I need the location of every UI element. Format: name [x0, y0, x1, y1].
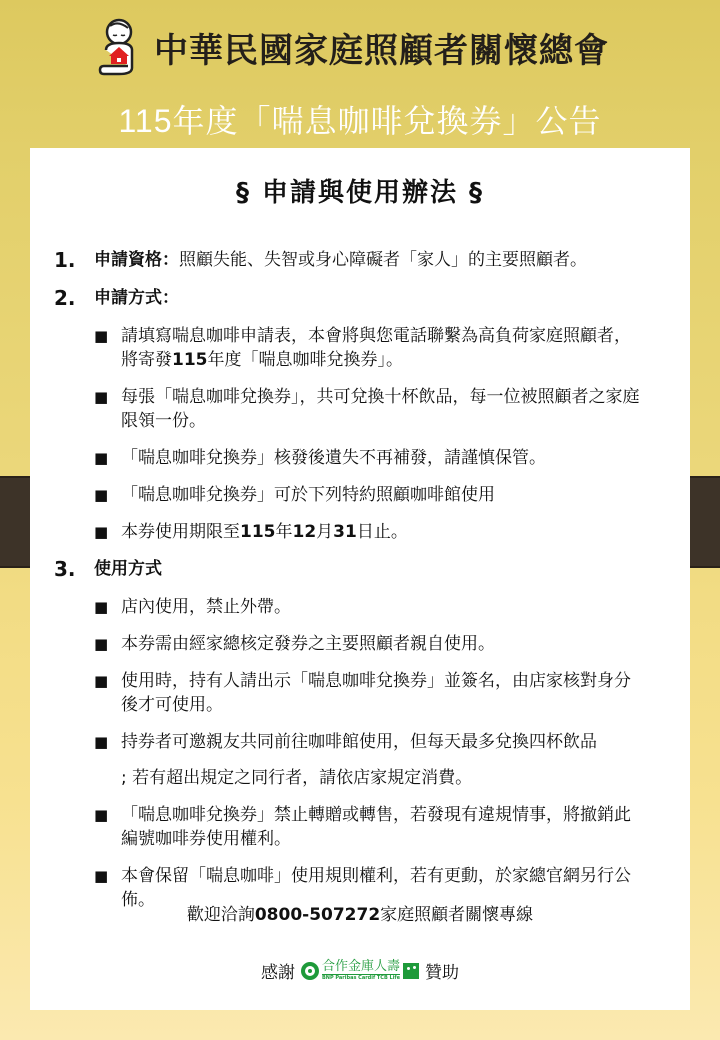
hotline-number: 0800-507272 [255, 905, 380, 925]
bullet-text: 「喘息咖啡兌換券」核發後遺失不再補發，請謹慎保管。 [121, 446, 643, 470]
section-title: § 申請與使用辦法 § [30, 172, 690, 209]
square-bullet-icon: ■ [94, 864, 121, 888]
square-bullet-icon: ■ [94, 669, 121, 693]
square-bullet-icon: ■ [94, 324, 121, 348]
sponsor-thanks: 感謝 合作金庫人壽 BNP Paribas Cardif TCB Life 贊助 [30, 958, 690, 983]
bullet-text: 使用時，持有人請出示「喘息咖啡兌換券」並簽名，由店家核對身分後才可使用。 [121, 669, 643, 717]
sponsor-logo: 合作金庫人壽 BNP Paribas Cardif TCB Life [301, 960, 419, 982]
item-label: 申請方式： [94, 286, 179, 310]
bullet-item: ■ 請填寫喘息咖啡申請表，本會將與您電話聯繫為高負荷家庭照顧者，將寄發115年度… [94, 324, 654, 372]
bullet-text: 每張「喘息咖啡兌換券」，共可兌換十杯飲品，每一位被照顧者之家庭限領一份。 [121, 385, 643, 433]
rules-list: 1. 申請資格：照顧失能、失智或身心障礙者「家人」的主要照顧者。 2. 申請方式… [54, 248, 654, 925]
caregiver-logo-icon [98, 16, 142, 78]
square-bullet-icon: ■ [94, 520, 121, 544]
square-bullet-icon: ■ [94, 385, 121, 409]
item-number: 3. [54, 557, 94, 581]
item-text: 照顧失能、失智或身心障礙者「家人」的主要照顧者。 [179, 250, 587, 270]
sponsor-english-name: BNP Paribas Cardif TCB Life [322, 975, 400, 982]
square-bullet-icon: ■ [94, 595, 121, 619]
bullet-item: ■ 店內使用，禁止外帶。 [94, 595, 654, 619]
bullet-item: ■ 「喘息咖啡兌換券」可於下列特約照顧咖啡館使用 [94, 483, 654, 507]
bullet-item: ■ 本券需由經家總核定發券之主要照顧者親自使用。 [94, 632, 654, 656]
announcement-title: 115年度「喘息咖啡兌換券」公告 [0, 96, 720, 142]
bullet-item: ■ 使用時，持有人請出示「喘息咖啡兌換券」並簽名，由店家核對身分後才可使用。 [94, 669, 654, 717]
bullet-text: 「喘息咖啡兌換券」禁止轉贈或轉售，若發現有違規情事，將撤銷此編號咖啡券使用權利。 [121, 803, 643, 851]
sponsor-name: 合作金庫人壽 [322, 960, 400, 975]
bullet-text: 持券者可邀親友共同前往咖啡館使用，但每天最多兌換四杯飲品; 若有超出規定之同行者… [121, 730, 643, 790]
header: 中華民國家庭照顧者關懷總會 115年度「喘息咖啡兌換券」公告 [0, 0, 720, 148]
item-number: 1. [54, 248, 94, 272]
list-item-usage-method: 3. 使用方式 [54, 557, 654, 581]
bullet-item: ■ 「喘息咖啡兌換券」核發後遺失不再補發，請謹慎保管。 [94, 446, 654, 470]
list-item-application-method: 2. 申請方式： [54, 286, 654, 310]
org-branding: 中華民國家庭照顧者關懷總會 [98, 12, 609, 82]
bullet-text: 請填寫喘息咖啡申請表，本會將與您電話聯繫為高負荷家庭照顧者，將寄發115年度「喘… [121, 324, 643, 372]
org-name: 中華民國家庭照顧者關懷總會 [154, 23, 609, 72]
bullet-text: 店內使用，禁止外帶。 [121, 595, 643, 619]
item-number: 2. [54, 286, 94, 310]
bullet-text: 本券需由經家總核定發券之主要照顧者親自使用。 [121, 632, 643, 656]
bullet-text: 「喘息咖啡兌換券」可於下列特約照顧咖啡館使用 [121, 483, 643, 507]
square-bullet-icon: ■ [94, 632, 121, 656]
list-item-eligibility: 1. 申請資格：照顧失能、失智或身心障礙者「家人」的主要照顧者。 [54, 248, 654, 272]
square-bullet-icon: ■ [94, 483, 121, 507]
square-bullet-icon: ■ [94, 803, 121, 827]
hotline-info: 歡迎洽詢0800-507272家庭照顧者關懷專線 [30, 900, 690, 925]
bullet-text: 本券使用期限至115年12月31日止。 [121, 520, 643, 544]
sponsor-square-icon [403, 963, 419, 979]
content-card: § 申請與使用辦法 § 1. 申請資格：照顧失能、失智或身心障礙者「家人」的主要… [30, 148, 690, 1010]
bullet-item: ■ 持券者可邀親友共同前往咖啡館使用，但每天最多兌換四杯飲品; 若有超出規定之同… [94, 730, 654, 790]
bullet-item: ■ 本券使用期限至115年12月31日止。 [94, 520, 654, 544]
square-bullet-icon: ■ [94, 730, 121, 754]
item-label: 使用方式 [94, 557, 162, 581]
sponsor-circle-icon [301, 962, 319, 980]
bullet-item: ■ 每張「喘息咖啡兌換券」，共可兌換十杯飲品，每一位被照顧者之家庭限領一份。 [94, 385, 654, 433]
bullet-item: ■ 「喘息咖啡兌換券」禁止轉贈或轉售，若發現有違規情事，將撤銷此編號咖啡券使用權… [94, 803, 654, 851]
item-label: 申請資格： [94, 250, 179, 270]
square-bullet-icon: ■ [94, 446, 121, 470]
